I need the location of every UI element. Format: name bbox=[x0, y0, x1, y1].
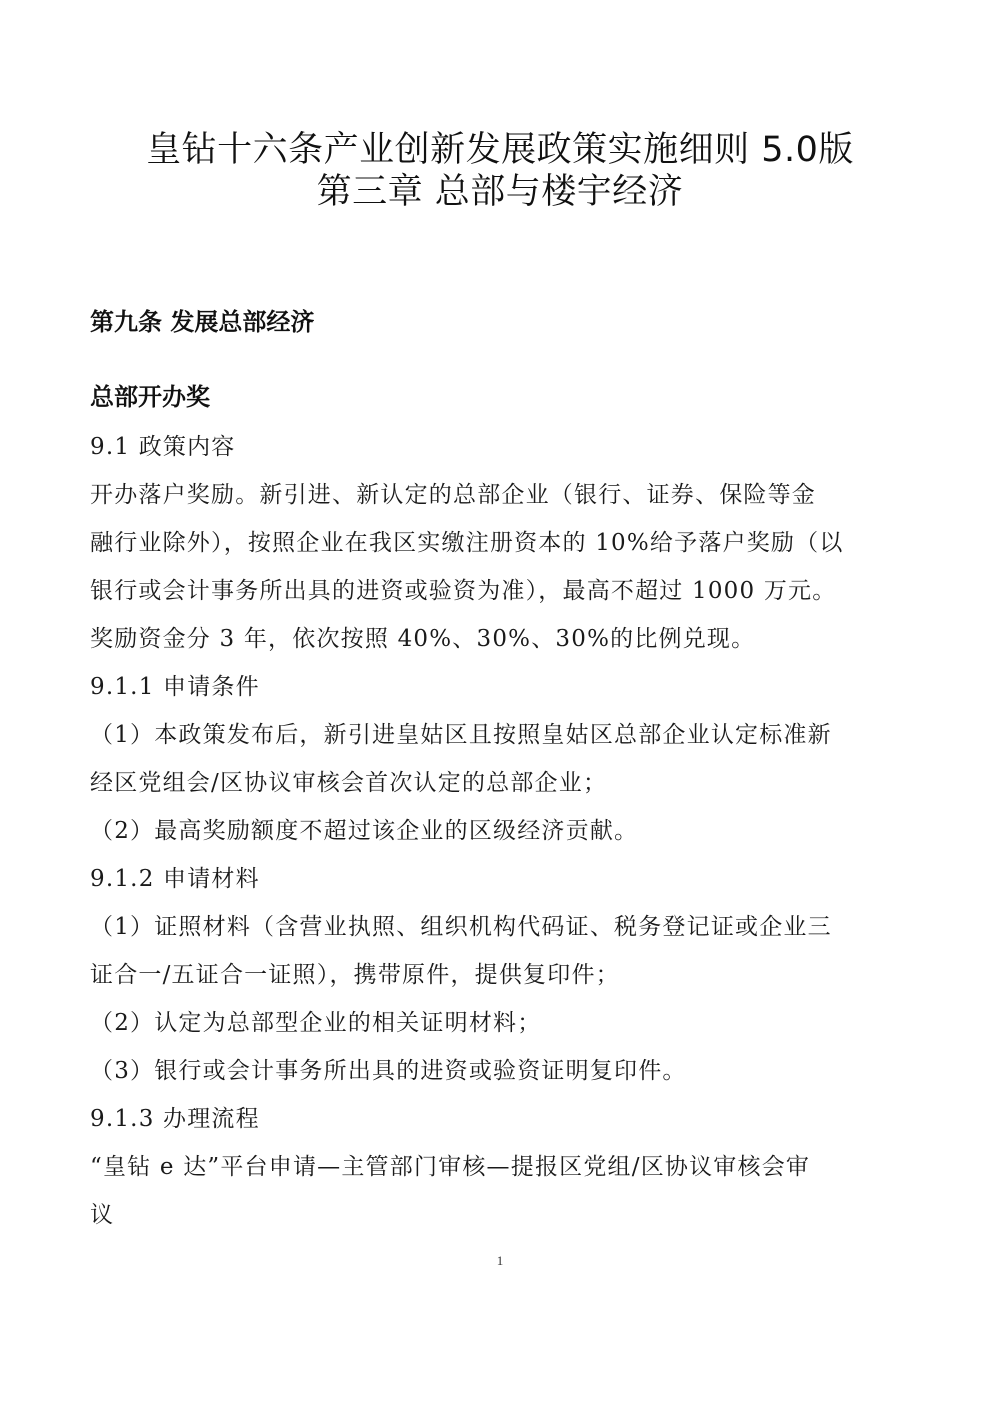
section-heading-materials: 9.1.2 申请材料 bbox=[90, 864, 920, 894]
paragraph-line: （2）认定为总部型企业的相关证明材料； bbox=[90, 1008, 920, 1038]
paragraph-line: （3）银行或会计事务所出具的进资或验资证明复印件。 bbox=[90, 1056, 920, 1086]
paragraph-line: 银行或会计事务所出具的进资或验资为准），最高不超过 1000 万元。 bbox=[90, 576, 920, 606]
paragraph-line: （2）最高奖励额度不超过该企业的区级经济贡献。 bbox=[90, 816, 920, 846]
paragraph-line: （1）证照材料（含营业执照、组织机构代码证、税务登记证或企业三 bbox=[90, 912, 920, 942]
paragraph-line: 奖励资金分 3 年，依次按照 40%、30%、30%的比例兑现。 bbox=[90, 624, 920, 654]
document-page: 皇钻十六条产业创新发展政策实施细则 5.0版 第三章 总部与楼宇经济 第九条 发… bbox=[0, 0, 1000, 1413]
paragraph-line: 议 bbox=[90, 1200, 920, 1230]
section-heading-conditions: 9.1.1 申请条件 bbox=[90, 672, 920, 702]
article-heading: 第九条 发展总部经济 bbox=[90, 307, 314, 337]
paragraph-line: （1）本政策发布后，新引进皇姑区且按照皇姑区总部企业认定标准新 bbox=[90, 720, 920, 750]
section-heading-policy-content: 9.1 政策内容 bbox=[90, 432, 920, 462]
paragraph-line: 开办落户奖励。新引进、新认定的总部企业（银行、证券、保险等金 bbox=[90, 480, 920, 510]
chapter-title: 第三章 总部与楼宇经济 bbox=[0, 171, 1000, 213]
page-number: 1 bbox=[0, 1253, 1000, 1269]
paragraph-line: 经区党组会/区协议审核会首次认定的总部企业； bbox=[90, 768, 920, 798]
paragraph-line: 证合一/五证合一证照），携带原件，提供复印件； bbox=[90, 960, 920, 990]
section-heading-process: 9.1.3 办理流程 bbox=[90, 1104, 920, 1134]
award-heading: 总部开办奖 bbox=[90, 382, 210, 412]
document-title: 皇钻十六条产业创新发展政策实施细则 5.0版 bbox=[0, 129, 1000, 171]
paragraph-line: 融行业除外），按照企业在我区实缴注册资本的 10%给予落户奖励（以 bbox=[90, 528, 920, 558]
paragraph-line: “皇钻 e 达”平台申请—主管部门审核—提报区党组/区协议审核会审 bbox=[90, 1152, 920, 1182]
